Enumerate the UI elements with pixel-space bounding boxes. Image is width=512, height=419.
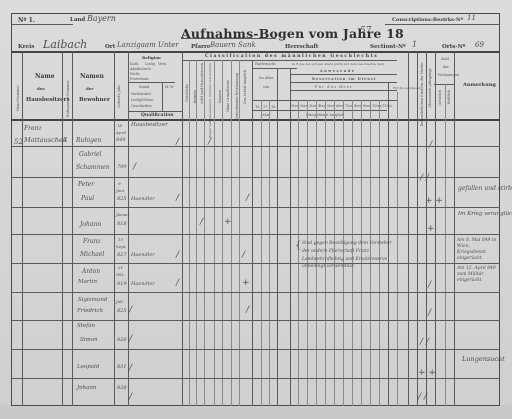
tally-mark: + bbox=[242, 278, 250, 288]
header-divider bbox=[11, 24, 73, 25]
birth-year: 827 bbox=[117, 252, 127, 258]
tally-mark: / bbox=[176, 250, 179, 260]
religion-title: Religion bbox=[142, 55, 161, 60]
anwesende-label: Anwesende bbox=[320, 69, 355, 73]
tally-mark: / / bbox=[420, 337, 429, 347]
grid-line bbox=[434, 84, 454, 85]
religion-row-c1: Ledig bbox=[145, 62, 155, 66]
remark: Lungensucht bbox=[462, 355, 505, 363]
age-col: 17 bbox=[263, 105, 267, 109]
reservation-label: Reservation im Dienst bbox=[312, 77, 377, 81]
birth-day: 21 bbox=[118, 265, 123, 270]
alter-label: Im Alter bbox=[259, 76, 274, 80]
bracket-note-line: der andern Pfarrschaft Franz bbox=[302, 249, 369, 254]
brace-icon: { bbox=[295, 240, 301, 251]
tally-mark: / bbox=[428, 280, 431, 290]
qualification: Hausbesitzer bbox=[131, 122, 168, 128]
birth-day: 9 bbox=[118, 181, 121, 186]
stand-row: Geschieden bbox=[131, 104, 152, 108]
resident-name: Gabriel bbox=[79, 151, 101, 158]
row-line bbox=[11, 320, 500, 321]
religion-row-label: Nicht bbox=[130, 72, 140, 76]
in-folge-label: In Folge des vorigen Alters gültig mit d… bbox=[292, 62, 384, 66]
abwesende-col: Abwesende Jahrgänge bbox=[428, 68, 432, 108]
yr-col: 11tes bbox=[382, 104, 392, 108]
row-line bbox=[11, 292, 500, 293]
stand-col: W bbox=[170, 85, 174, 89]
col-geburtsjahr: Geburts-Jahr bbox=[117, 85, 121, 108]
resident-name: Simon bbox=[80, 337, 98, 343]
qualifikation-divider bbox=[128, 111, 182, 112]
birth-month: Okt. bbox=[116, 272, 125, 277]
wohnungen-der: der bbox=[443, 65, 449, 69]
religion-row-label: Protestant bbox=[130, 77, 149, 81]
remark: Am 12. April 849 zum Militär eingerückt bbox=[457, 266, 499, 284]
col-line bbox=[22, 51, 23, 406]
col-line bbox=[128, 51, 129, 406]
tally-mark: / bbox=[129, 363, 132, 373]
resident-name: Anton bbox=[82, 268, 100, 275]
class-col: Ohne Grundbesitz bbox=[226, 80, 230, 112]
col-line bbox=[182, 51, 183, 406]
tally-mark: / bbox=[428, 308, 431, 318]
tally-mark: + bbox=[427, 224, 435, 234]
tally-mark: / bbox=[129, 392, 132, 402]
col-line bbox=[189, 60, 190, 406]
col-line bbox=[252, 60, 253, 406]
col-anmerkung: Anmerkung bbox=[463, 82, 496, 88]
fuer-heer-label: Für das Heer bbox=[315, 85, 353, 89]
tally-mark: / bbox=[176, 193, 179, 203]
birth-month: Jänner bbox=[116, 212, 129, 217]
tally-mark: / bbox=[208, 137, 211, 147]
qualification: Haendler bbox=[131, 252, 155, 258]
col-namen-bewohner: Bewohner bbox=[79, 97, 110, 103]
birth-month: Sept. bbox=[116, 244, 127, 249]
col-namen-der: der bbox=[86, 86, 93, 91]
wohnungen-label: Zahl bbox=[441, 57, 449, 61]
bracket-note-line: Sind gegen Bestätigung dem Vorsteher bbox=[302, 241, 392, 246]
tally-mark: / bbox=[246, 193, 249, 203]
col-line bbox=[62, 51, 63, 406]
birth-year: 848 bbox=[116, 137, 126, 143]
title-underline bbox=[181, 38, 276, 39]
birth-month: Juni bbox=[116, 188, 124, 193]
religion-row-label: Kath. bbox=[130, 62, 139, 66]
col-line bbox=[114, 51, 115, 406]
stand-row: Verheiratet bbox=[131, 92, 151, 96]
birth-year: 819 bbox=[117, 281, 127, 287]
bracket-note-line: unbedingt verwendbar. bbox=[302, 264, 355, 269]
tally-mark: / bbox=[246, 305, 249, 315]
nachwuchs-label: Nachwuchs bbox=[255, 62, 276, 66]
col-line bbox=[222, 60, 223, 406]
wohnungen-title: Wohnungen bbox=[438, 73, 459, 77]
remark: Im Krieg verunglückt bbox=[458, 211, 512, 217]
grid-line bbox=[290, 90, 397, 91]
religion-row-label: Akatholisch bbox=[130, 67, 151, 71]
qualification: Haendler bbox=[131, 281, 155, 287]
tally-mark: / bbox=[133, 162, 136, 172]
stand-divider bbox=[162, 82, 163, 111]
birth-year: 825 bbox=[117, 308, 127, 314]
birth-year: 831 bbox=[117, 364, 127, 370]
col-line bbox=[454, 51, 455, 406]
stand-title: Stand bbox=[139, 85, 149, 89]
remark: Am 8. Mai 849 in Wien, Kriegsdienst eing… bbox=[457, 238, 499, 262]
class-col: Bürger und Gewerbsleute, Künstler und Ge… bbox=[208, 63, 212, 138]
tally-mark: / bbox=[129, 305, 132, 315]
stand-row: Ledig/Witwe bbox=[131, 98, 153, 102]
tally-mark: / bbox=[429, 140, 432, 150]
col-namen-title: Namen bbox=[80, 73, 104, 80]
tally-mark: / / bbox=[420, 173, 429, 183]
yr-col: 10tes bbox=[372, 104, 382, 108]
col-line bbox=[290, 68, 291, 406]
classification-title: Classification des männlichen Geschlecht… bbox=[205, 54, 378, 59]
resident-name: Sigismund bbox=[78, 297, 107, 303]
resident-name: Friedrich bbox=[77, 308, 103, 314]
owner-last-name: Mattauschek bbox=[24, 136, 67, 144]
grid-line bbox=[290, 74, 397, 75]
remark: gefallen und stirbt bbox=[458, 185, 512, 192]
qualification: Haendler bbox=[131, 196, 155, 202]
resident-name: Paul bbox=[81, 195, 94, 202]
resident-name: Johann bbox=[80, 221, 101, 228]
row-line bbox=[11, 263, 500, 264]
resident-name: Martin bbox=[78, 279, 97, 285]
col-line bbox=[397, 92, 398, 406]
resident-name: Peter bbox=[78, 181, 94, 188]
tally-mark: / bbox=[242, 250, 245, 260]
alter-von: von bbox=[263, 85, 269, 89]
birth-day: 15 bbox=[118, 237, 123, 242]
birth-year: 838 bbox=[117, 385, 127, 391]
col-line bbox=[214, 60, 215, 406]
row-line bbox=[11, 349, 500, 350]
bracket-note-line: Landwehrpflichtig und Ersatzreserve bbox=[302, 257, 387, 262]
religion-row-c2: Verh. bbox=[158, 62, 167, 66]
col-name-title: Name bbox=[35, 73, 55, 80]
birth-year: 826 bbox=[117, 337, 127, 343]
party-number: 1 bbox=[64, 137, 68, 144]
col-line bbox=[196, 60, 197, 406]
resident-name: Michael bbox=[80, 251, 104, 258]
tally-mark: + + bbox=[418, 368, 436, 378]
col-line bbox=[204, 60, 205, 406]
tally-mark: + bbox=[224, 217, 232, 227]
resident-name: Leopold bbox=[77, 364, 99, 370]
owner-first-name: Franz bbox=[24, 125, 42, 132]
col-line bbox=[277, 68, 278, 406]
tally-mark: + + bbox=[425, 196, 443, 206]
grid-line bbox=[252, 110, 387, 111]
wohn-col: Weltlich bbox=[447, 90, 451, 104]
religion-divider bbox=[128, 82, 175, 83]
header-divider bbox=[385, 24, 500, 25]
house-number: 52 bbox=[14, 138, 23, 146]
birth-year: 799 bbox=[117, 164, 127, 170]
tally-mark: / bbox=[176, 137, 179, 147]
col-line bbox=[435, 51, 436, 406]
birth-month: Juli bbox=[116, 299, 123, 304]
uneheliche-col: Bei unehelichen Kindern der Mutter bbox=[420, 62, 424, 127]
birth-year: 818 bbox=[117, 221, 127, 227]
col-name-hausbesitzers: Hausbesitzers bbox=[26, 97, 70, 103]
row-line bbox=[11, 378, 500, 379]
col-line bbox=[408, 51, 409, 406]
col-wohnpartei: Wohnpartei-Nummer bbox=[66, 80, 70, 117]
age-col: 15 bbox=[255, 105, 259, 109]
col-name-des: des bbox=[37, 86, 45, 91]
resident-name: Schammen bbox=[76, 164, 110, 171]
tally-mark: / bbox=[129, 334, 132, 344]
age-col: 18 bbox=[271, 105, 275, 109]
resident-name: Stefan bbox=[77, 323, 95, 329]
col-line bbox=[445, 84, 446, 406]
row-line bbox=[11, 234, 500, 235]
stand-col: M bbox=[165, 85, 169, 89]
tally-mark: / / bbox=[418, 392, 427, 402]
tally-mark: / bbox=[176, 278, 179, 288]
birth-month: April bbox=[116, 130, 126, 135]
resident-name: Franz bbox=[83, 238, 101, 245]
row-line bbox=[11, 207, 500, 208]
resident-name: Ruhigen bbox=[76, 137, 101, 144]
resident-name: Johann bbox=[77, 385, 96, 391]
col-line bbox=[239, 60, 240, 406]
col-line bbox=[417, 51, 418, 406]
class-col: Zur Arbeit tauglich bbox=[243, 70, 247, 104]
page-bottom-edge bbox=[0, 405, 512, 419]
tally-mark: / bbox=[200, 217, 203, 227]
col-haus-nummer: Haus-Nummer bbox=[16, 85, 20, 111]
col-line bbox=[72, 51, 73, 406]
wohn-col: Geistlich bbox=[438, 90, 442, 106]
row-line bbox=[11, 146, 500, 147]
birth-year: 825 bbox=[117, 196, 127, 202]
grid-line bbox=[290, 82, 397, 83]
birth-day: 18 bbox=[117, 123, 122, 128]
col-qualifikation: Qualification bbox=[141, 113, 174, 118]
col-line bbox=[231, 60, 232, 406]
